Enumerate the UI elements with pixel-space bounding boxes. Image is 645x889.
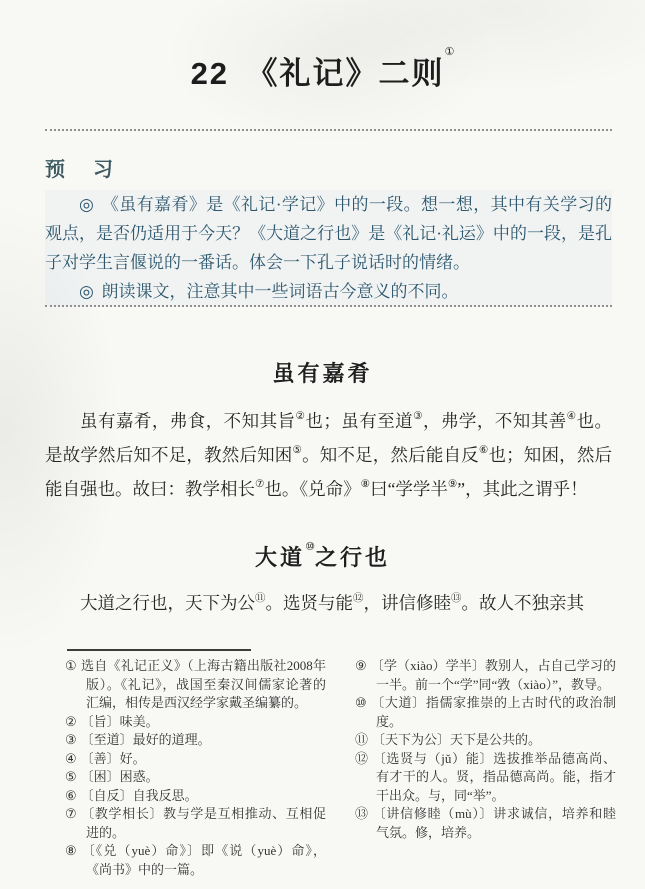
footnote-text: 〔学（xiào）学半〕教别人，占自己学习的一半。前一个“学”同“敩（xiào）”…	[371, 658, 616, 692]
footnote-text: 〔至道〕最好的道理。	[81, 732, 211, 747]
footnote-item: ⑥〔自反〕自我反思。	[65, 787, 326, 806]
footnote-column-left: ①选自《礼记正义》（上海古籍出版社2008年版）。《礼记》，战国至秦汉间儒家论著…	[65, 657, 326, 879]
footnote-reference: ⑥	[479, 445, 489, 456]
footnote-item: ⑤〔困〕困惑。	[65, 768, 326, 787]
footnote-text: 选自《礼记正义》（上海古籍出版社2008年版）。《礼记》，战国至秦汉间儒家论著的…	[81, 658, 326, 710]
footnote-marker: ④	[65, 751, 77, 766]
footnote-reference: ④	[567, 411, 577, 422]
footnote-text: 〔旨〕味美。	[81, 714, 159, 729]
footnote-marker: ⑬	[355, 806, 369, 821]
footnote-marker: ⑪	[355, 732, 368, 747]
footnote-marker: ⑤	[65, 769, 77, 784]
footnote-text: 〔大道〕指儒家推崇的上古时代的政治制度。	[371, 695, 616, 729]
footnote-text: 〔《兑（yuè）命》〕即《说（yuè）命》，《尚书》中的一篇。	[82, 843, 326, 877]
text2-paragraph: 大道之行也，天下为公⑪。选贤与能⑫，讲信修睦⑬。故人不独亲其	[45, 586, 612, 620]
footnote-item: ⑪〔天下为公〕天下是公共的。	[355, 731, 616, 750]
textbook-page: 22 《礼记》二则① 预 习 ◎《虽有嘉肴》是《礼记·学记》中的一段。想一想，其…	[0, 0, 645, 889]
footnote-marker: ⑩	[355, 695, 367, 710]
footnote-item: ⑬〔讲信修睦（mù）〕讲求诚信，培养和睦气氛。修，培养。	[355, 805, 616, 842]
footnote-marker: ③	[65, 732, 77, 747]
footnote-reference: ③	[413, 411, 423, 422]
preview-body: ◎《虽有嘉肴》是《礼记·学记》中的一段。想一想，其中有关学习的观点，是否仍适用于…	[45, 190, 612, 306]
footnote-reference: ⑨	[448, 479, 457, 490]
preview-item-text: 《虽有嘉肴》是《礼记·学记》中的一段。想一想，其中有关学习的观点，是否仍适用于今…	[45, 195, 612, 272]
footnote-marker: ⑧	[65, 843, 78, 858]
footnote-item: ⑧〔《兑（yuè）命》〕即《说（yuè）命》，《尚书》中的一篇。	[65, 842, 326, 879]
footnote-item: ①选自《礼记正义》（上海古籍出版社2008年版）。《礼记》，战国至秦汉间儒家论著…	[65, 657, 326, 713]
footnote-marker: ⑥	[65, 788, 77, 803]
footnote-text: 〔天下为公〕天下是公共的。	[372, 732, 541, 747]
preview-item: ◎《虽有嘉肴》是《礼记·学记》中的一段。想一想，其中有关学习的观点，是否仍适用于…	[45, 190, 612, 277]
footnote-text: 〔善〕好。	[81, 751, 146, 766]
preview-header: 预 习	[45, 153, 612, 182]
footnote-item: ③〔至道〕最好的道理。	[65, 731, 326, 750]
preview-item: ◎朗读课文，注意其中一些词语古今意义的不同。	[45, 277, 612, 306]
preview-section: 预 习 ◎《虽有嘉肴》是《礼记·学记》中的一段。想一想，其中有关学习的观点，是否…	[45, 153, 612, 306]
footnote-reference: ②	[296, 411, 306, 422]
ring-bullet-icon: ◎	[79, 282, 94, 301]
preview-item-text: 朗读课文，注意其中一些词语古今意义的不同。	[101, 282, 458, 301]
text2-title: 大道⑩之行也	[0, 541, 645, 572]
footnote-item: ⑨〔学（xiào）学半〕教别人，占自己学习的一半。前一个“学”同“敩（xiào）…	[355, 657, 616, 694]
dotted-divider-top	[45, 129, 612, 131]
footnote-column-right: ⑨〔学（xiào）学半〕教别人，占自己学习的一半。前一个“学”同“敩（xiào）…	[355, 657, 616, 879]
footnote-marker: ⑫	[355, 751, 369, 766]
footnote-divider	[67, 649, 251, 651]
footnote-reference: ⑬	[451, 593, 462, 604]
footnote-marker: ⑨	[355, 658, 367, 673]
footnote-item: ⑩〔大道〕指儒家推崇的上古时代的政治制度。	[355, 694, 616, 731]
footnote-text: 〔教学相长〕教与学是互相推动、互相促进的。	[81, 806, 326, 840]
footnote-item: ⑦〔教学相长〕教与学是互相推动、互相促进的。	[65, 805, 326, 842]
footnote-reference: ⑪	[255, 593, 266, 604]
footnote-reference: ⑫	[353, 593, 364, 604]
footnote-reference: ⑦	[255, 479, 264, 490]
footnote-reference: ⑩	[305, 541, 315, 553]
text1-paragraph: 虽有嘉肴，弗食，不知其旨②也；虽有至道③，弗学，不知其善④也。是故学然后知不足，…	[45, 404, 612, 506]
ring-bullet-icon: ◎	[79, 195, 94, 214]
dotted-divider-bottom	[45, 305, 612, 307]
footnote-item: ②〔旨〕味美。	[65, 713, 326, 732]
footnote-reference: ⑤	[292, 445, 302, 456]
footnote-text: 〔讲信修睦（mù）〕讲求诚信，培养和睦气氛。修，培养。	[373, 806, 616, 840]
footnote-item: ⑫〔选贤与（jǔ）能〕选拔推举品德高尚、有才干的人。贤，指品德高尚。能，指才干出…	[355, 750, 616, 806]
footnote-text: 〔困〕困惑。	[81, 769, 159, 784]
footnote-marker: ①	[65, 658, 77, 673]
text1-title: 虽有嘉肴	[0, 357, 645, 388]
footnote-text: 〔选贤与（jǔ）能〕选拔推举品德高尚、有才干的人。贤，指品德高尚。能，指才干出众…	[373, 751, 616, 803]
footnote-marker: ⑦	[65, 806, 77, 821]
lesson-header: 22 《礼记》二则①	[0, 48, 645, 93]
footnote-text: 〔自反〕自我反思。	[81, 788, 198, 803]
footnote-reference: ①	[445, 46, 455, 58]
footnote-reference: ⑧	[361, 479, 370, 490]
lesson-title: 22 《礼记》二则①	[0, 48, 645, 93]
footnote-marker: ②	[65, 714, 77, 729]
footnote-item: ④〔善〕好。	[65, 750, 326, 769]
footnotes: ①选自《礼记正义》（上海古籍出版社2008年版）。《礼记》，战国至秦汉间儒家论著…	[65, 657, 616, 879]
